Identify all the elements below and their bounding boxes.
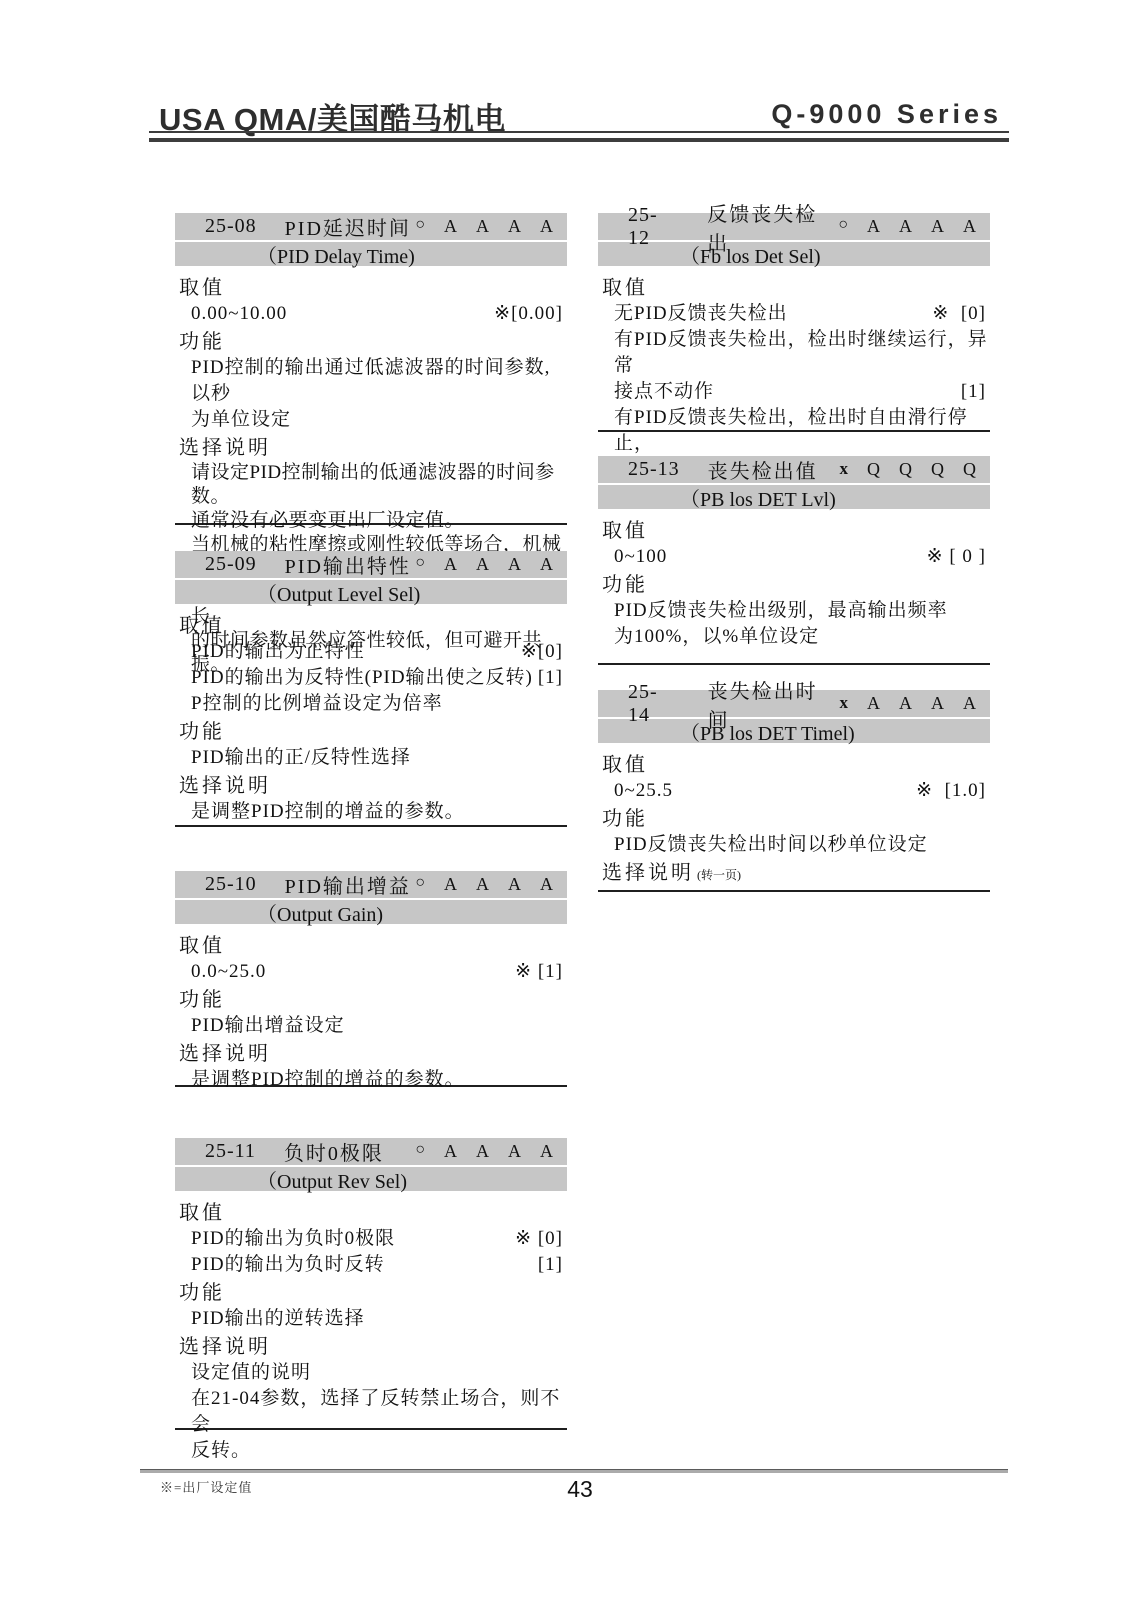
letter-mark: A	[444, 874, 457, 895]
param-title: PID输出增益	[285, 870, 411, 899]
entry-text: PID的输出为负时0极限	[191, 1226, 395, 1252]
entry-text: 无PID反馈丧失检出	[614, 301, 788, 327]
param-body: 取值0~100※ [ 0 ]功能PID反馈丧失检出级别，最高输出频率为100%，…	[598, 509, 990, 650]
param-subtitle: （Output Rev Sel)	[175, 1167, 567, 1191]
description-line: 请设定PID控制输出的低通滤波器的时间参数。	[175, 461, 567, 509]
section-label: 取值	[598, 518, 990, 544]
letter-mark: A	[476, 554, 489, 575]
description-line: PID反馈丧失检出级别，最高输出频率	[598, 598, 990, 624]
letter-mark: A	[508, 554, 521, 575]
letter-mark: x	[840, 693, 849, 714]
access-marks: ○AAAA	[415, 216, 553, 237]
section-label: 取值	[175, 275, 567, 301]
description-line: PID输出的逆转选择	[175, 1306, 567, 1332]
divider	[598, 890, 990, 892]
letter-mark: A	[963, 693, 976, 714]
letter-mark: A	[508, 216, 521, 237]
section-label: 取值	[175, 613, 567, 639]
entry-text: PID的输出为负时反转	[191, 1252, 385, 1278]
letter-mark: A	[476, 216, 489, 237]
letter-mark: A	[931, 693, 944, 714]
param-number: 25-11	[205, 1140, 256, 1163]
section-label: 选择说明	[175, 1041, 567, 1067]
param-header: 25-08PID延迟时间○AAAA	[175, 213, 567, 240]
section-label: 功能	[598, 572, 990, 598]
entry-text: 接点不动作	[614, 379, 714, 405]
param-number: 25-09	[205, 553, 257, 576]
description-line: 设定值的说明	[175, 1360, 567, 1386]
entry-text: PID的输出为反特性(PID输出使之反转)	[191, 665, 533, 691]
letter-mark: A	[444, 216, 457, 237]
description-line: PID输出的正/反特性选择	[175, 745, 567, 771]
value-entry: PID的输出为正特性※[0]	[175, 639, 567, 665]
circle-mark: ○	[415, 216, 425, 237]
param-subtitle: （Output Level Sel)	[175, 580, 567, 604]
letter-mark: A	[476, 1141, 489, 1162]
description-line: 在21-04参数，选择了反转禁止场合，则不会	[175, 1386, 567, 1438]
entry-value: [1]	[538, 665, 563, 691]
entry-value: ※ [1]	[515, 959, 563, 985]
param-title: PID输出特性	[285, 550, 411, 579]
description-line: 是调整PID控制的增益的参数。	[175, 1067, 567, 1093]
value-entry: 0.0~25.0※ [1]	[175, 959, 567, 985]
value-entry: 无PID反馈丧失检出※ [0]	[598, 301, 990, 327]
description-line: 有PID反馈丧失检出，检出时自由滑行停止，	[598, 405, 990, 457]
param-block-25-09: 25-09PID输出特性○AAAA（Output Level Sel)取值PID…	[175, 551, 567, 825]
param-body: 取值无PID反馈丧失检出※ [0]有PID反馈丧失检出，检出时继续运行，异常接点…	[598, 266, 990, 483]
letter-mark: Q	[899, 459, 912, 480]
entry-value: ※[0.00]	[494, 301, 563, 327]
param-number: 25-10	[205, 873, 257, 896]
param-title: PID延迟时间	[285, 212, 411, 241]
letter-mark: A	[508, 1141, 521, 1162]
entry-text: 0~100	[614, 544, 667, 570]
param-body: 取值0.0~25.0※ [1]功能PID输出增益设定选择说明是调整PID控制的增…	[175, 924, 567, 1093]
letter-mark: A	[867, 693, 880, 714]
circle-mark: ○	[415, 1141, 425, 1162]
description-line: 通常没有必要变更出厂设定值。	[175, 509, 567, 533]
access-marks: xAAAA	[840, 693, 977, 714]
param-number: 25-08	[205, 215, 257, 238]
entry-value: [1]	[961, 379, 986, 405]
description-line: PID输出增益设定	[175, 1013, 567, 1039]
letter-mark: Q	[963, 459, 976, 480]
manual-page: USA QMA/美国酷马机电 Q-9000 Series 25-08PID延迟时…	[0, 0, 1132, 1600]
param-number: 25-12	[628, 204, 679, 250]
entry-value: ※ [ 0 ]	[927, 544, 986, 570]
section-label: 功能	[175, 719, 567, 745]
section-label: 功能	[175, 987, 567, 1013]
param-header: 25-12反馈丧失检出○AAAA	[598, 213, 990, 240]
access-marks: ○AAAA	[838, 216, 976, 237]
value-entry: PID的输出为负时0极限※ [0]	[175, 1226, 567, 1252]
letter-mark: A	[963, 216, 976, 237]
label-suffix: (转一页)	[697, 868, 741, 882]
section-label: 功能	[175, 1280, 567, 1306]
description-line: PID控制的输出通过低滤波器的时间参数,以秒	[175, 355, 567, 407]
value-entry: 接点不动作[1]	[598, 379, 990, 405]
value-entry: 0~100※ [ 0 ]	[598, 544, 990, 570]
param-title: 丧失检出值	[708, 455, 818, 484]
left-column: 25-08PID延迟时间○AAAA（PID Delay Time)取值0.00~…	[175, 0, 567, 1500]
entry-value: ※ [0]	[515, 1226, 563, 1252]
circle-mark: ○	[415, 874, 425, 895]
value-entry: 0~25.5※ [1.0]	[598, 778, 990, 804]
letter-mark: A	[899, 693, 912, 714]
page-number: 43	[0, 1476, 1132, 1503]
access-marks: ○AAAA	[415, 1141, 553, 1162]
description-line: 是调整PID控制的增益的参数。	[175, 799, 567, 825]
entry-text: 0~25.5	[614, 778, 673, 804]
param-header: 25-10PID输出增益○AAAA	[175, 871, 567, 898]
param-subtitle: （PID Delay Time)	[175, 242, 567, 266]
letter-mark: A	[867, 216, 880, 237]
entry-text: 0.0~25.0	[191, 959, 266, 985]
param-body: 取值0~25.5※ [1.0]功能PID反馈丧失检出时间以秒单位设定选择说明(转…	[598, 743, 990, 888]
letter-mark: A	[540, 216, 553, 237]
circle-mark: ○	[838, 216, 848, 237]
value-entry: PID的输出为负时反转[1]	[175, 1252, 567, 1278]
section-label: 取值	[175, 933, 567, 959]
entry-value: ※ [0]	[932, 301, 986, 327]
description-line: PID反馈丧失检出时间以秒单位设定	[598, 832, 990, 858]
param-subtitle: （PB los DET Lvl)	[598, 485, 990, 509]
description-line: 反转。	[175, 1438, 567, 1464]
param-block-25-12: 25-12反馈丧失检出○AAAA（Fb los Det Sel)取值无PID反馈…	[598, 213, 990, 483]
param-number: 25-13	[628, 458, 680, 481]
section-label: 取值	[175, 1200, 567, 1226]
access-marks: ○AAAA	[415, 874, 553, 895]
param-block-25-13: 25-13丧失检出值xQQQQ（PB los DET Lvl)取值0~100※ …	[598, 456, 990, 650]
param-header: 25-14丧失检出时间xAAAA	[598, 690, 990, 717]
letter-mark: A	[931, 216, 944, 237]
letter-mark: A	[476, 874, 489, 895]
param-title: 负时0极限	[284, 1137, 384, 1166]
entry-value: ※ [1.0]	[916, 778, 986, 804]
description-line: P控制的比例增益设定为倍率	[175, 691, 567, 717]
section-label: 取值	[598, 752, 990, 778]
value-entry: 0.00~10.00※[0.00]	[175, 301, 567, 327]
section-label: 选择说明	[175, 435, 567, 461]
param-header: 25-13丧失检出值xQQQQ	[598, 456, 990, 483]
letter-mark: A	[899, 216, 912, 237]
access-marks: ○AAAA	[415, 554, 553, 575]
section-label: 功能	[598, 806, 990, 832]
param-body: 取值PID的输出为正特性※[0]PID的输出为反特性(PID输出使之反转)[1]…	[175, 604, 567, 825]
letter-mark: x	[840, 459, 849, 480]
letter-mark: A	[444, 1141, 457, 1162]
footer-divider	[140, 1469, 1008, 1473]
description-line: 为单位设定	[175, 407, 567, 433]
section-label: 选择说明(转一页)	[598, 860, 990, 888]
letter-mark: A	[540, 874, 553, 895]
param-block-25-14: 25-14丧失检出时间xAAAA（PB los DET Timel)取值0~25…	[598, 690, 990, 888]
letter-mark: Q	[931, 459, 944, 480]
param-header: 25-11负时0极限○AAAA	[175, 1138, 567, 1165]
entry-value: ※[0]	[521, 639, 563, 665]
param-number: 25-14	[628, 681, 680, 727]
letter-mark: A	[508, 874, 521, 895]
section-label: 功能	[175, 329, 567, 355]
param-subtitle: （Output Gain)	[175, 900, 567, 924]
entry-text: 0.00~10.00	[191, 301, 287, 327]
divider	[175, 825, 567, 827]
section-label: 选择说明	[175, 773, 567, 799]
right-column: 25-12反馈丧失检出○AAAA（Fb los Det Sel)取值无PID反馈…	[598, 0, 990, 1500]
letter-mark: A	[540, 1141, 553, 1162]
value-entry: PID的输出为反特性(PID输出使之反转)[1]	[175, 665, 567, 691]
param-body: 取值PID的输出为负时0极限※ [0]PID的输出为负时反转[1]功能PID输出…	[175, 1191, 567, 1464]
section-label: 取值	[598, 275, 990, 301]
section-label: 选择说明	[175, 1334, 567, 1360]
circle-mark: ○	[415, 554, 425, 575]
param-header: 25-09PID输出特性○AAAA	[175, 551, 567, 578]
entry-text: PID的输出为正特性	[191, 639, 365, 665]
param-block-25-10: 25-10PID输出增益○AAAA（Output Gain)取值0.0~25.0…	[175, 871, 567, 1093]
letter-mark: A	[444, 554, 457, 575]
access-marks: xQQQQ	[840, 459, 977, 480]
description-line: 为100%，以%单位设定	[598, 624, 990, 650]
letter-mark: Q	[867, 459, 880, 480]
divider	[598, 663, 990, 665]
letter-mark: A	[540, 554, 553, 575]
description-line: 有PID反馈丧失检出，检出时继续运行，异常	[598, 327, 990, 379]
param-block-25-11: 25-11负时0极限○AAAA（Output Rev Sel)取值PID的输出为…	[175, 1138, 567, 1464]
entry-value: [1]	[538, 1252, 563, 1278]
